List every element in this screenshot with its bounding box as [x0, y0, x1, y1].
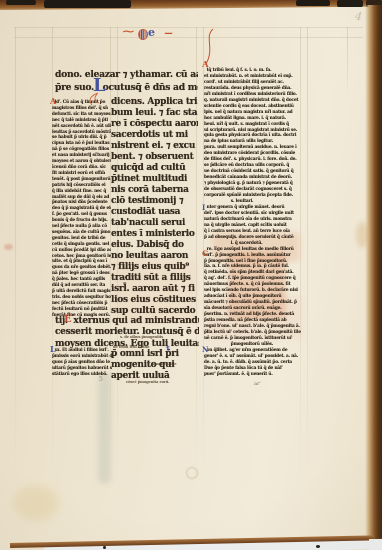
text-line: p̄missis eorū ministrabūt de	[52, 353, 112, 359]
ruling-vertical-8	[347, 27, 348, 97]
rubric-initial-right-top: A	[202, 61, 209, 70]
text-line: p̄tinet multitudi	[111, 174, 198, 185]
text-line: nec p̄fectā cōsecratiōis p̄	[52, 300, 111, 306]
text-line: lios eius cōstitues	[111, 295, 198, 306]
text-line: on q̄libet. ag'er nr̄m generatiōem de	[204, 347, 302, 353]
gloss-end-mark: ar'	[254, 381, 261, 387]
text-line: naturā doctrinarū oīa de uiris. monstra	[204, 216, 302, 222]
interlinear-gloss: de tribu leui s. dn̄o	[113, 345, 149, 349]
text-line: magistros filios del'. q̄ sn̄	[52, 105, 111, 111]
text-line: q. naturali magistri ministrat dn̄o. q̄ …	[204, 97, 302, 103]
parchment-stain	[13, 485, 59, 521]
running-title-dash: –	[164, 28, 174, 39]
left-gloss-column-lower: xx. Et audiui ī filios isrl'.p̄missis eo…	[52, 347, 112, 378]
text-line: fuerāt fine cū magis eorū.	[52, 312, 111, 318]
text-line: dicens. Applica tri	[111, 97, 198, 108]
rubric-initial-E: E	[64, 315, 72, 325]
red-smudge	[4, 244, 13, 250]
text-line: fit ministri eorū et offm̄	[52, 170, 111, 176]
text-line: ⁊ filijs eius quib⁹	[111, 262, 198, 273]
ruling-horizontal-1	[14, 27, 363, 28]
ruling-vertical-7	[307, 27, 308, 485]
left-gloss-column: ld'. Cū aīas q̄ timuit p̄omagistros fili…	[52, 99, 111, 318]
text-line: isrl̄. aaron aūt ⁊ fi	[111, 284, 198, 295]
text-line: tenēt. q̄ post p̄mogenitorū	[52, 176, 111, 182]
main-text-closing-lines: p̄ omni isrl̄ p̄rimogenito quiaperit uul…	[111, 349, 198, 383]
blue-initial-left: L	[50, 345, 56, 353]
running-title-letter-m: m	[138, 29, 148, 40]
bleedthrough-bar-smudge	[98, 372, 111, 484]
blue-initial-right-3: N	[202, 346, 208, 353]
text-line: traditi sūt a filijs	[111, 273, 198, 284]
text-line: no leuitas aaron	[111, 251, 198, 262]
text-line: ipis. uel q̄ natura magistra nr̄i natur.…	[204, 109, 302, 115]
text-line: isrl'. p̄ p̄mogenitis. i. leuite. assūmū…	[204, 252, 302, 258]
illuminated-initial-L: L	[93, 77, 106, 95]
text-line: de. a. ū. to. ē. dn̄ib. q̄ assūmūt p̄o. …	[204, 359, 302, 365]
text-line: entes ī ministerio	[111, 229, 198, 240]
main-text-opening-lines: dono. eleazar ⁊ ythamar. cū aaronp̄re su…	[55, 69, 198, 95]
book-fore-edge	[365, 5, 382, 542]
text-line: gener' ē. s. ul' assūmāt. ul' possidet. …	[204, 353, 302, 359]
interlinear-gloss: s. de oībus p̄mogenitis	[120, 335, 163, 339]
text-line: fectū leuitarū nō p̄mittāt	[52, 306, 111, 312]
text-line: quos p̄ aīas genitos dn̄o le	[52, 359, 112, 365]
text-line: custodiāt uasa	[111, 207, 198, 218]
text-line: uē carnē ē. p̄ īmogenitorū. īstituerūt u…	[204, 335, 302, 341]
text-line: tris. deo nobis sequitur hoc.	[52, 294, 111, 300]
text-line: sacerdotis ut mi	[111, 130, 198, 141]
table-surface-corner	[369, 539, 382, 550]
ruling-horizontal-2	[14, 37, 363, 38]
text-line: nis corā taberna	[111, 185, 198, 196]
text-line: re ī cōspectu aaron	[111, 119, 198, 130]
text-line: q̄ illa uidebāt fine. nec q̄	[52, 188, 111, 194]
text-line: puer' p̄ortāsunt. ē. q̄ uenerīt ū.	[204, 371, 302, 377]
edge-speck	[103, 546, 106, 549]
manuscript-photo: ~ m e – 4 dono. eleazar ⁊ ythamar. cū aa…	[0, 0, 382, 550]
quire-signature: 5	[99, 376, 103, 383]
rubric-initial-right-2: G	[202, 250, 208, 258]
right-gloss-column: tq̄ tribū leui. q̄ f. s. i. o. m. fa.et …	[204, 67, 302, 379]
text-line: q̄ ī castra seruos leui. an̄ terre luce …	[204, 228, 302, 234]
blue-initial-right-1: I	[202, 204, 205, 211]
ruling-vertical-margin	[15, 27, 16, 485]
text-line: īcensū dn̄o corā dn̄o. sīc	[52, 164, 111, 170]
text-line: scientie cordis q̄ eas doceat. abstinent…	[204, 103, 302, 109]
text-line: p̄ ad obsequijs. docere seruierūt q̄ cāu…	[204, 234, 302, 240]
text-line: quicq̄d ad cultū	[111, 163, 198, 174]
text-line: uitarū p̄genitos habuerūt sub	[52, 365, 112, 371]
rubric-initial-left: A	[50, 97, 56, 105]
interlinear-gloss: s. matris sue	[152, 362, 176, 366]
text-line: eius. Dabisq̄ do	[111, 240, 198, 251]
text-line: nistrent ei. ⁊ excu	[111, 141, 198, 152]
text-line: defuncti. sīc ita ut moyses	[52, 111, 111, 117]
text-line: re. Ego assūpsi leuitas de medio filiorū	[204, 246, 302, 252]
text-line: p̄ omni isrl̄ p̄ri	[111, 349, 198, 360]
text-line: genitos. leui de tribū de	[52, 235, 111, 241]
text-line: stātiarū ego illos uidebō.	[52, 371, 112, 377]
folio-number: 4	[354, 10, 363, 24]
text-line: nr̄i ministrat ī cordibus ministeriorū f…	[204, 91, 302, 97]
running-title-flourish: ~	[121, 27, 135, 38]
text-line: clō testimonij ⁊	[111, 196, 198, 207]
text-line: p̄re suo. ocutusq̄ ē dn̄s ad moysen	[55, 82, 198, 95]
main-text-column: dicens. Applica tribum leui. ⁊ fac stare…	[111, 97, 198, 318]
text-line: sequēns. aīa de cultū p̄mo	[52, 229, 111, 235]
text-line: dono. eleazar ⁊ ythamar. cū aaron	[55, 69, 198, 82]
text-line: p̄lia lectū ul' ceteris. b'ale. q̄ p̄mog…	[204, 329, 302, 335]
text-line: nēt sacerdotū bn̄ ē. aūt uile	[52, 123, 111, 129]
running-title-letter-e: e	[148, 26, 155, 39]
book-clasp	[337, 0, 363, 7]
text-line: patris hij cōsecratiōis ei	[52, 182, 111, 188]
text-line: restaurāda. deus physicā generalē dn̄a.	[204, 85, 302, 91]
interlinear-gloss: cōsec̄ p̄mogenita eorū.	[126, 380, 169, 384]
book-clasp	[44, 0, 131, 8]
ring-spot	[186, 467, 198, 479]
book-clasp	[296, 0, 330, 6]
text-line: del'. ipse doctor scientiā. sīc uirgile …	[204, 210, 302, 216]
edge-speck	[316, 545, 320, 548]
text-line: nec q̄ talē ministros q̄ p̄ti	[52, 117, 111, 123]
text-line: bum leui. ⁊ fac sta	[111, 108, 198, 119]
book-clasp	[6, 0, 36, 5]
blue-paraph-mark: ¶	[166, 346, 170, 353]
text-line: tab'naculi serui	[111, 218, 198, 229]
text-line: heui. nr̄i q̄ uult. s. magistrat ī cordi…	[204, 121, 302, 127]
text-line: cetis q̄ singula gentis. uel	[52, 241, 111, 247]
text-line: cū nullos p̄cedāt ipi dn̄o ad	[52, 247, 111, 253]
text-line: bent. ⁊ obseruent	[111, 152, 198, 163]
